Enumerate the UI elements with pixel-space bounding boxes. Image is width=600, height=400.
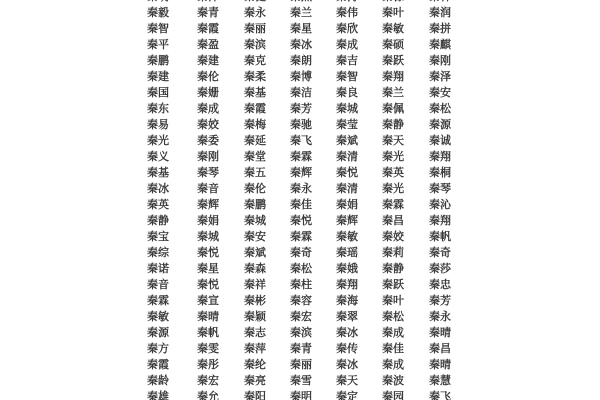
name-row: 秦义秦刚秦堂秦霖秦清秦光秦翔 <box>147 149 459 165</box>
name-cell: 秦伦 <box>244 181 290 197</box>
name-row: 秦音秦悦秦祥秦柱秦翔秦跃秦忠 <box>147 277 459 293</box>
name-cell: 秦安 <box>429 85 455 101</box>
name-cell: 秦跃 <box>382 277 429 293</box>
name-cell: 秦霖 <box>147 293 197 309</box>
name-row: 秦冰秦音秦伦秦永秦清秦光秦琴 <box>147 181 459 197</box>
name-cell: 秦辉 <box>290 165 336 181</box>
name-cell: 秦城 <box>336 101 382 117</box>
name-cell: 秦润 <box>429 5 455 21</box>
name-cell: 秦翔 <box>336 277 382 293</box>
name-cell: 秦松 <box>382 309 429 325</box>
name-row: 秦鹏秦建秦克秦朗秦吉秦跃秦刚 <box>147 53 459 69</box>
name-cell: 秦霞 <box>244 101 290 117</box>
name-cell: 秦辉 <box>197 197 244 213</box>
name-cell: 秦松 <box>429 101 455 117</box>
name-cell: 秦祥 <box>244 277 290 293</box>
name-cell: 秦雪 <box>290 373 336 389</box>
name-row: 秦霞秦彤秦纶秦丽秦冰秦成秦晴 <box>147 357 459 373</box>
name-cell: 秦琴 <box>429 181 455 197</box>
name-cell: 秦亮 <box>244 373 290 389</box>
name-cell: 秦柔 <box>244 69 290 85</box>
name-cell: 秦吉 <box>336 53 382 69</box>
name-cell: 秦成 <box>197 101 244 117</box>
name-cell: 秦梅 <box>244 117 290 133</box>
name-cell: 秦帆 <box>197 325 244 341</box>
name-cell: 秦成 <box>382 357 429 373</box>
name-row: 秦国秦姗秦基秦洁秦良秦兰秦安 <box>147 85 459 101</box>
name-cell: 秦光 <box>147 133 197 149</box>
name-cell: 秦智 <box>336 69 382 85</box>
name-cell: 秦平 <box>147 37 197 53</box>
name-cell: 秦堂 <box>244 149 290 165</box>
name-cell: 秦娟 <box>197 213 244 229</box>
name-cell: 秦星 <box>290 21 336 37</box>
name-cell: 秦佳 <box>290 197 336 213</box>
name-cell: 秦柱 <box>290 277 336 293</box>
name-cell: 秦桐 <box>429 165 455 181</box>
name-cell: 秦海 <box>336 293 382 309</box>
name-cell: 秦建 <box>197 53 244 69</box>
name-cell: 秦彬 <box>244 293 290 309</box>
name-cell: 秦悦 <box>290 213 336 229</box>
name-row: 秦敏秦晴秦颖秦宏秦翠秦松秦永 <box>147 309 459 325</box>
name-cell: 秦奇 <box>290 245 336 261</box>
name-row: 秦基秦琴秦五秦辉秦悦秦英秦桐 <box>147 165 459 181</box>
name-cell: 秦毅 <box>147 5 197 21</box>
name-cell: 秦硕 <box>382 37 429 53</box>
name-cell: 秦清 <box>336 181 382 197</box>
name-cell: 秦城 <box>244 213 290 229</box>
name-cell: 秦泽 <box>429 69 455 85</box>
name-cell: 秦叶 <box>382 5 429 21</box>
name-cell: 秦克 <box>244 53 290 69</box>
name-row: 秦综秦悦秦斌秦奇秦瑶秦莉秦奇 <box>147 245 459 261</box>
name-cell: 秦姣 <box>197 117 244 133</box>
name-cell: 秦诺 <box>147 261 197 277</box>
name-cell: 秦音 <box>197 181 244 197</box>
name-cell: 秦悦 <box>336 165 382 181</box>
name-cell: 秦基 <box>147 165 197 181</box>
name-cell: 秦朗 <box>290 53 336 69</box>
name-cell: 秦方 <box>147 341 197 357</box>
name-cell: 秦静 <box>382 261 429 277</box>
name-cell: 秦拼 <box>429 21 455 37</box>
name-cell: 秦宝 <box>147 229 197 245</box>
name-cell: 秦松 <box>290 261 336 277</box>
name-cell: 秦城 <box>197 229 244 245</box>
name-cell: 秦义 <box>147 149 197 165</box>
name-cell: 秦敏 <box>336 229 382 245</box>
name-cell: 秦五 <box>244 165 290 181</box>
name-cell: 秦翔 <box>429 213 455 229</box>
name-row: 秦静秦娟秦城秦悦秦辉秦昌秦翔 <box>147 213 459 229</box>
name-cell: 秦彤 <box>197 357 244 373</box>
name-cell: 秦莎 <box>429 261 455 277</box>
name-cell: 秦姗 <box>197 85 244 101</box>
name-cell: 秦兰 <box>382 85 429 101</box>
name-cell: 秦驰 <box>290 117 336 133</box>
name-row: 秦英秦辉秦鹏秦佳秦娟秦霖秦沁 <box>147 197 459 213</box>
name-cell: 秦青 <box>290 341 336 357</box>
name-cell: 秦叶 <box>382 293 429 309</box>
name-row: 秦智秦霞秦丽秦星秦欣秦敏秦拼 <box>147 21 459 37</box>
name-cell: 秦成 <box>336 37 382 53</box>
name-cell: 秦英 <box>147 197 197 213</box>
name-cell: 秦敏 <box>147 309 197 325</box>
name-row: 秦龄秦宏秦亮秦雪秦天秦波秦慧 <box>147 373 459 389</box>
name-cell: 秦永 <box>290 181 336 197</box>
name-cell: 秦翔 <box>429 149 455 165</box>
name-cell: 秦永 <box>244 5 290 21</box>
name-cell: 秦综 <box>147 245 197 261</box>
name-cell: 秦雯 <box>197 341 244 357</box>
name-cell: 秦星 <box>197 261 244 277</box>
name-cell: 秦园 <box>382 389 429 400</box>
name-cell: 秦智 <box>147 21 197 37</box>
name-cell: 秦伟 <box>336 5 382 21</box>
name-cell: 秦安 <box>244 229 290 245</box>
name-cell: 秦欣 <box>336 21 382 37</box>
name-cell: 秦宏 <box>197 373 244 389</box>
name-cell: 秦东 <box>147 101 197 117</box>
name-cell: 秦麒 <box>429 37 455 53</box>
name-cell: 秦英 <box>382 165 429 181</box>
name-cell: 秦丽 <box>290 357 336 373</box>
name-cell: 秦昌 <box>382 213 429 229</box>
name-cell: 秦青 <box>197 5 244 21</box>
name-cell: 秦姣 <box>382 229 429 245</box>
name-row: 秦方秦雯秦萍秦青秦传秦佳秦昌 <box>147 341 459 357</box>
name-row: 秦东秦成秦霞秦芳秦城秦佩秦松 <box>147 101 459 117</box>
name-cell: 秦传 <box>336 341 382 357</box>
name-cell: 秦建 <box>147 69 197 85</box>
name-cell: 秦志 <box>244 325 290 341</box>
name-cell: 秦慧 <box>429 373 455 389</box>
name-cell: 秦龄 <box>147 373 197 389</box>
name-cell: 秦盈 <box>197 37 244 53</box>
name-cell: 秦霖 <box>290 149 336 165</box>
name-cell: 秦成 <box>382 325 429 341</box>
name-cell: 秦音 <box>147 277 197 293</box>
name-cell: 秦晴 <box>197 309 244 325</box>
name-cell: 秦霞 <box>147 357 197 373</box>
name-cell: 秦翔 <box>382 69 429 85</box>
name-cell: 秦芳 <box>429 293 455 309</box>
name-cell: 秦晴 <box>429 357 455 373</box>
name-cell: 秦冰 <box>147 181 197 197</box>
name-cell: 秦冰 <box>336 325 382 341</box>
name-cell: 秦清 <box>336 149 382 165</box>
name-cell: 秦延 <box>244 133 290 149</box>
name-cell: 秦诚 <box>429 133 455 149</box>
name-row: 秦平秦盈秦滨秦冰秦成秦硕秦麒 <box>147 37 459 53</box>
name-cell: 秦沁 <box>429 197 455 213</box>
name-cell: 秦委 <box>197 133 244 149</box>
name-cell: 秦波 <box>382 373 429 389</box>
name-cell: 秦辉 <box>336 213 382 229</box>
name-cell: 秦永 <box>429 309 455 325</box>
name-cell: 秦萍 <box>244 341 290 357</box>
name-row: 秦建秦伦秦柔秦博秦智秦翔秦泽 <box>147 69 459 85</box>
name-cell: 秦冰 <box>290 37 336 53</box>
name-cell: 秦忠 <box>429 277 455 293</box>
name-cell: 秦娟 <box>336 197 382 213</box>
name-cell: 秦宣 <box>197 293 244 309</box>
name-cell: 秦伦 <box>197 69 244 85</box>
name-row: 秦宝秦城秦安秦霖秦敏秦姣秦帆 <box>147 229 459 245</box>
name-cell: 秦佩 <box>382 101 429 117</box>
name-cell: 秦莉 <box>382 245 429 261</box>
name-cell: 秦纶 <box>244 357 290 373</box>
name-cell: 秦静 <box>147 213 197 229</box>
name-cell: 秦明 <box>290 389 336 400</box>
name-cell: 秦鹏 <box>244 197 290 213</box>
name-row: 秦诺秦星秦森秦松秦娥秦静秦莎 <box>147 261 459 277</box>
name-cell: 秦奇 <box>429 245 455 261</box>
name-cell: 秦滨 <box>290 325 336 341</box>
name-cell: 秦敏 <box>382 21 429 37</box>
name-cell: 秦刚 <box>429 53 455 69</box>
name-row: 秦光秦委秦延秦飞秦斌秦天秦诚 <box>147 133 459 149</box>
name-row: 秦易秦姣秦梅秦驰秦莹秦静秦源 <box>147 117 459 133</box>
name-cell: 秦霖 <box>382 197 429 213</box>
name-cell: 秦易 <box>147 117 197 133</box>
name-cell: 秦昌 <box>429 341 455 357</box>
name-cell: 秦飞 <box>290 133 336 149</box>
name-cell: 秦定 <box>336 389 382 400</box>
name-cell: 秦天 <box>382 133 429 149</box>
name-cell: 秦天 <box>336 373 382 389</box>
names-grid: 秦明秦洋秦健秦杰秦涛秦栋秦林秦毅秦青秦永秦兰秦伟秦叶秦润秦智秦霞秦丽秦星秦欣秦敏… <box>147 0 459 400</box>
name-cell: 秦国 <box>147 85 197 101</box>
name-cell: 秦雄 <box>147 389 197 400</box>
name-cell: 秦瑶 <box>336 245 382 261</box>
name-cell: 秦帆 <box>429 229 455 245</box>
name-cell: 秦源 <box>147 325 197 341</box>
name-cell: 秦兰 <box>290 5 336 21</box>
name-cell: 秦森 <box>244 261 290 277</box>
name-row: 秦源秦帆秦志秦滨秦冰秦成秦晴 <box>147 325 459 341</box>
name-cell: 秦琴 <box>197 165 244 181</box>
name-cell: 秦源 <box>429 117 455 133</box>
name-cell: 秦基 <box>244 85 290 101</box>
name-cell: 秦宏 <box>290 309 336 325</box>
name-cell: 秦良 <box>336 85 382 101</box>
name-cell: 秦滨 <box>244 37 290 53</box>
name-cell: 秦悦 <box>197 245 244 261</box>
name-cell: 秦光 <box>382 181 429 197</box>
name-cell: 秦悦 <box>197 277 244 293</box>
name-cell: 秦跃 <box>382 53 429 69</box>
name-cell: 秦芳 <box>290 101 336 117</box>
name-row: 秦毅秦青秦永秦兰秦伟秦叶秦润 <box>147 5 459 21</box>
name-cell: 秦颖 <box>244 309 290 325</box>
name-cell: 秦霞 <box>197 21 244 37</box>
name-cell: 秦娥 <box>336 261 382 277</box>
name-cell: 秦冰 <box>336 357 382 373</box>
name-list-page: 秦明秦洋秦健秦杰秦涛秦栋秦林秦毅秦青秦永秦兰秦伟秦叶秦润秦智秦霞秦丽秦星秦欣秦敏… <box>0 0 600 400</box>
name-cell: 秦容 <box>290 293 336 309</box>
name-cell: 秦晴 <box>429 325 455 341</box>
name-cell: 秦莹 <box>336 117 382 133</box>
name-cell: 秦刚 <box>197 149 244 165</box>
name-cell: 秦博 <box>290 69 336 85</box>
name-cell: 秦洁 <box>290 85 336 101</box>
name-row: 秦雄秦允秦阳秦明秦定秦园秦飞 <box>147 389 459 400</box>
name-cell: 秦佳 <box>382 341 429 357</box>
name-cell: 秦鹏 <box>147 53 197 69</box>
name-cell: 秦允 <box>197 389 244 400</box>
name-cell: 秦霖 <box>290 229 336 245</box>
name-cell: 秦阳 <box>244 389 290 400</box>
name-cell: 秦斌 <box>336 133 382 149</box>
name-row: 秦霖秦宣秦彬秦容秦海秦叶秦芳 <box>147 293 459 309</box>
name-cell: 秦飞 <box>429 389 455 400</box>
name-cell: 秦静 <box>382 117 429 133</box>
name-cell: 秦光 <box>382 149 429 165</box>
name-cell: 秦丽 <box>244 21 290 37</box>
name-cell: 秦翠 <box>336 309 382 325</box>
name-cell: 秦斌 <box>244 245 290 261</box>
